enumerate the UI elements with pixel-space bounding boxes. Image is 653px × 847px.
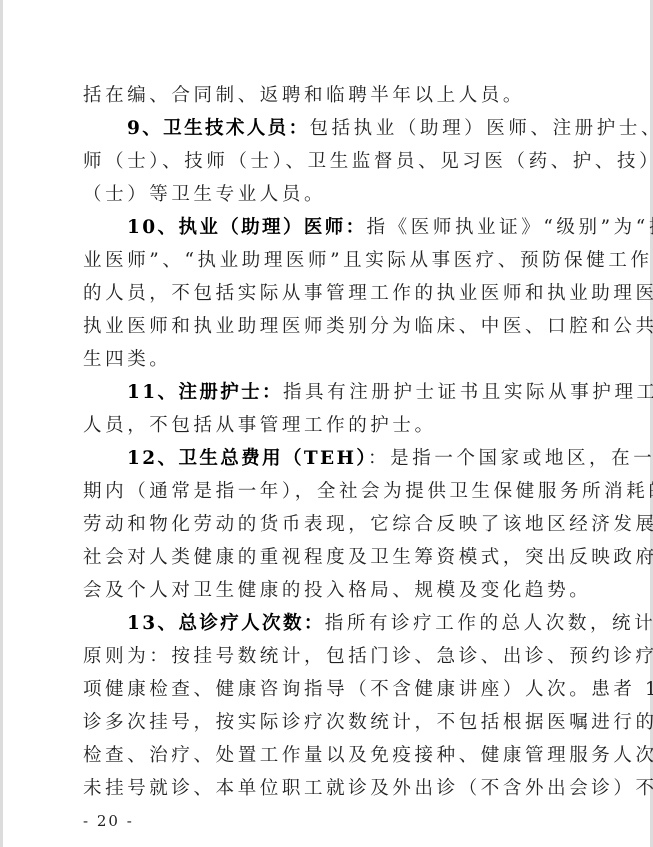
line-text: 会及个人对卫生健康的投入格局、规模及变化趋势。 bbox=[83, 580, 591, 601]
definition-heading-line: 11、注册护士：指具有注册护士证书且实际从事护理工作的 bbox=[83, 376, 575, 409]
line-text: 指具有注册护士证书且实际从事护理工作的 bbox=[283, 382, 653, 403]
line-text: 生四类。 bbox=[83, 349, 171, 370]
body-text-line: 会及个人对卫生健康的投入格局、规模及变化趋势。 bbox=[83, 574, 575, 607]
line-text: 检查、治疗、处置工作量以及免疫接种、健康管理服务人次数； bbox=[83, 745, 653, 766]
definition-heading-line: 12、卫生总费用（TEH）：是指一个国家或地区，在一定时 bbox=[83, 442, 575, 475]
line-text: 未挂号就诊、本单位职工就诊及外出诊（不含外出会诊）不收取 bbox=[83, 778, 653, 799]
body-text-line: 的人员，不包括实际从事管理工作的执业医师和执业助理医师。 bbox=[83, 277, 575, 310]
body-text-line: 诊多次挂号，按实际诊疗次数统计，不包括根据医嘱进行的各项 bbox=[83, 706, 575, 739]
line-text: （士）等卫生专业人员。 bbox=[83, 184, 326, 205]
body-text-line: 项健康检查、健康咨询指导（不含健康讲座）人次。患者 1 次就 bbox=[83, 673, 575, 706]
line-text: 原则为：按挂号数统计，包括门诊、急诊、出诊、预约诊疗、单 bbox=[83, 646, 653, 667]
line-text: 劳动和物化劳动的货币表现，它综合反映了该地区经济发展水平、 bbox=[83, 514, 653, 535]
body-text-line: 社会对人类健康的重视程度及卫生筹资模式，突出反映政府、社 bbox=[83, 541, 575, 574]
defined-term: 10、执业（助理）医师： bbox=[127, 217, 367, 238]
definition-heading-line: 9、卫生技术人员：包括执业（助理）医师、注册护士、药 bbox=[83, 112, 575, 145]
line-text: 诊多次挂号，按实际诊疗次数统计，不包括根据医嘱进行的各项 bbox=[83, 712, 653, 733]
line-text: 期内（通常是指一年），全社会为提供卫生保健服务所消耗的活 bbox=[83, 481, 653, 502]
line-text: 社会对人类健康的重视程度及卫生筹资模式，突出反映政府、社 bbox=[83, 547, 653, 568]
defined-term: 9、卫生技术人员： bbox=[127, 118, 309, 139]
line-text: ：是指一个国家或地区，在一定时 bbox=[368, 448, 653, 469]
body-text-line: 业医师”、“执业助理医师”且实际从事医疗、预防保健工作 bbox=[83, 244, 575, 277]
body-text-line: 期内（通常是指一年），全社会为提供卫生保健服务所消耗的活 bbox=[83, 475, 575, 508]
line-text: 指所有诊疗工作的总人次数，统计界定 bbox=[325, 613, 653, 634]
page-left-border bbox=[0, 0, 3, 847]
line-text: 括在编、合同制、返聘和临聘半年以上人员。 bbox=[83, 85, 525, 106]
page-number: - 20 - bbox=[83, 812, 134, 830]
definition-heading-line: 10、执业（助理）医师：指《医师执业证》“级别”为“执 bbox=[83, 211, 575, 244]
body-text-line: 劳动和物化劳动的货币表现，它综合反映了该地区经济发展水平、 bbox=[83, 508, 575, 541]
body-text-line: （士）等卫生专业人员。 bbox=[83, 178, 575, 211]
line-text: 执业医师和执业助理医师类别分为临床、中医、口腔和公共卫 bbox=[83, 316, 653, 337]
body-text-line: 执业医师和执业助理医师类别分为临床、中医、口腔和公共卫 bbox=[83, 310, 575, 343]
line-text: 业医师”、“执业助理医师”且实际从事医疗、预防保健工作 bbox=[83, 250, 653, 271]
body-text-line: 原则为：按挂号数统计，包括门诊、急诊、出诊、预约诊疗、单 bbox=[83, 640, 575, 673]
line-text: 人员，不包括从事管理工作的护士。 bbox=[83, 415, 437, 436]
body-text-line: 未挂号就诊、本单位职工就诊及外出诊（不含外出会诊）不收取 bbox=[83, 772, 575, 805]
line-text: 包括执业（助理）医师、注册护士、药 bbox=[309, 118, 653, 139]
defined-term: 12、卫生总费用（TEH） bbox=[127, 448, 368, 469]
definition-heading-line: 13、总诊疗人次数：指所有诊疗工作的总人次数，统计界定 bbox=[83, 607, 575, 640]
line-text: 项健康检查、健康咨询指导（不含健康讲座）人次。患者 1 次就 bbox=[83, 679, 653, 700]
body-text-line: 生四类。 bbox=[83, 343, 575, 376]
body-text-line: 师（士）、技师（士）、卫生监督员、见习医（药、护、技）师 bbox=[83, 145, 575, 178]
document-body: 括在编、合同制、返聘和临聘半年以上人员。9、卫生技术人员：包括执业（助理）医师、… bbox=[83, 79, 575, 805]
line-text: 师（士）、技师（士）、卫生监督员、见习医（药、护、技）师 bbox=[83, 151, 653, 172]
body-text-line: 人员，不包括从事管理工作的护士。 bbox=[83, 409, 575, 442]
body-text-line: 检查、治疗、处置工作量以及免疫接种、健康管理服务人次数； bbox=[83, 739, 575, 772]
line-text: 指《医师执业证》“级别”为“执 bbox=[367, 217, 653, 238]
body-text-line: 括在编、合同制、返聘和临聘半年以上人员。 bbox=[83, 79, 575, 112]
line-text: 的人员，不包括实际从事管理工作的执业医师和执业助理医师。 bbox=[83, 283, 653, 304]
defined-term: 11、注册护士： bbox=[127, 382, 283, 403]
defined-term: 13、总诊疗人次数： bbox=[127, 613, 325, 634]
